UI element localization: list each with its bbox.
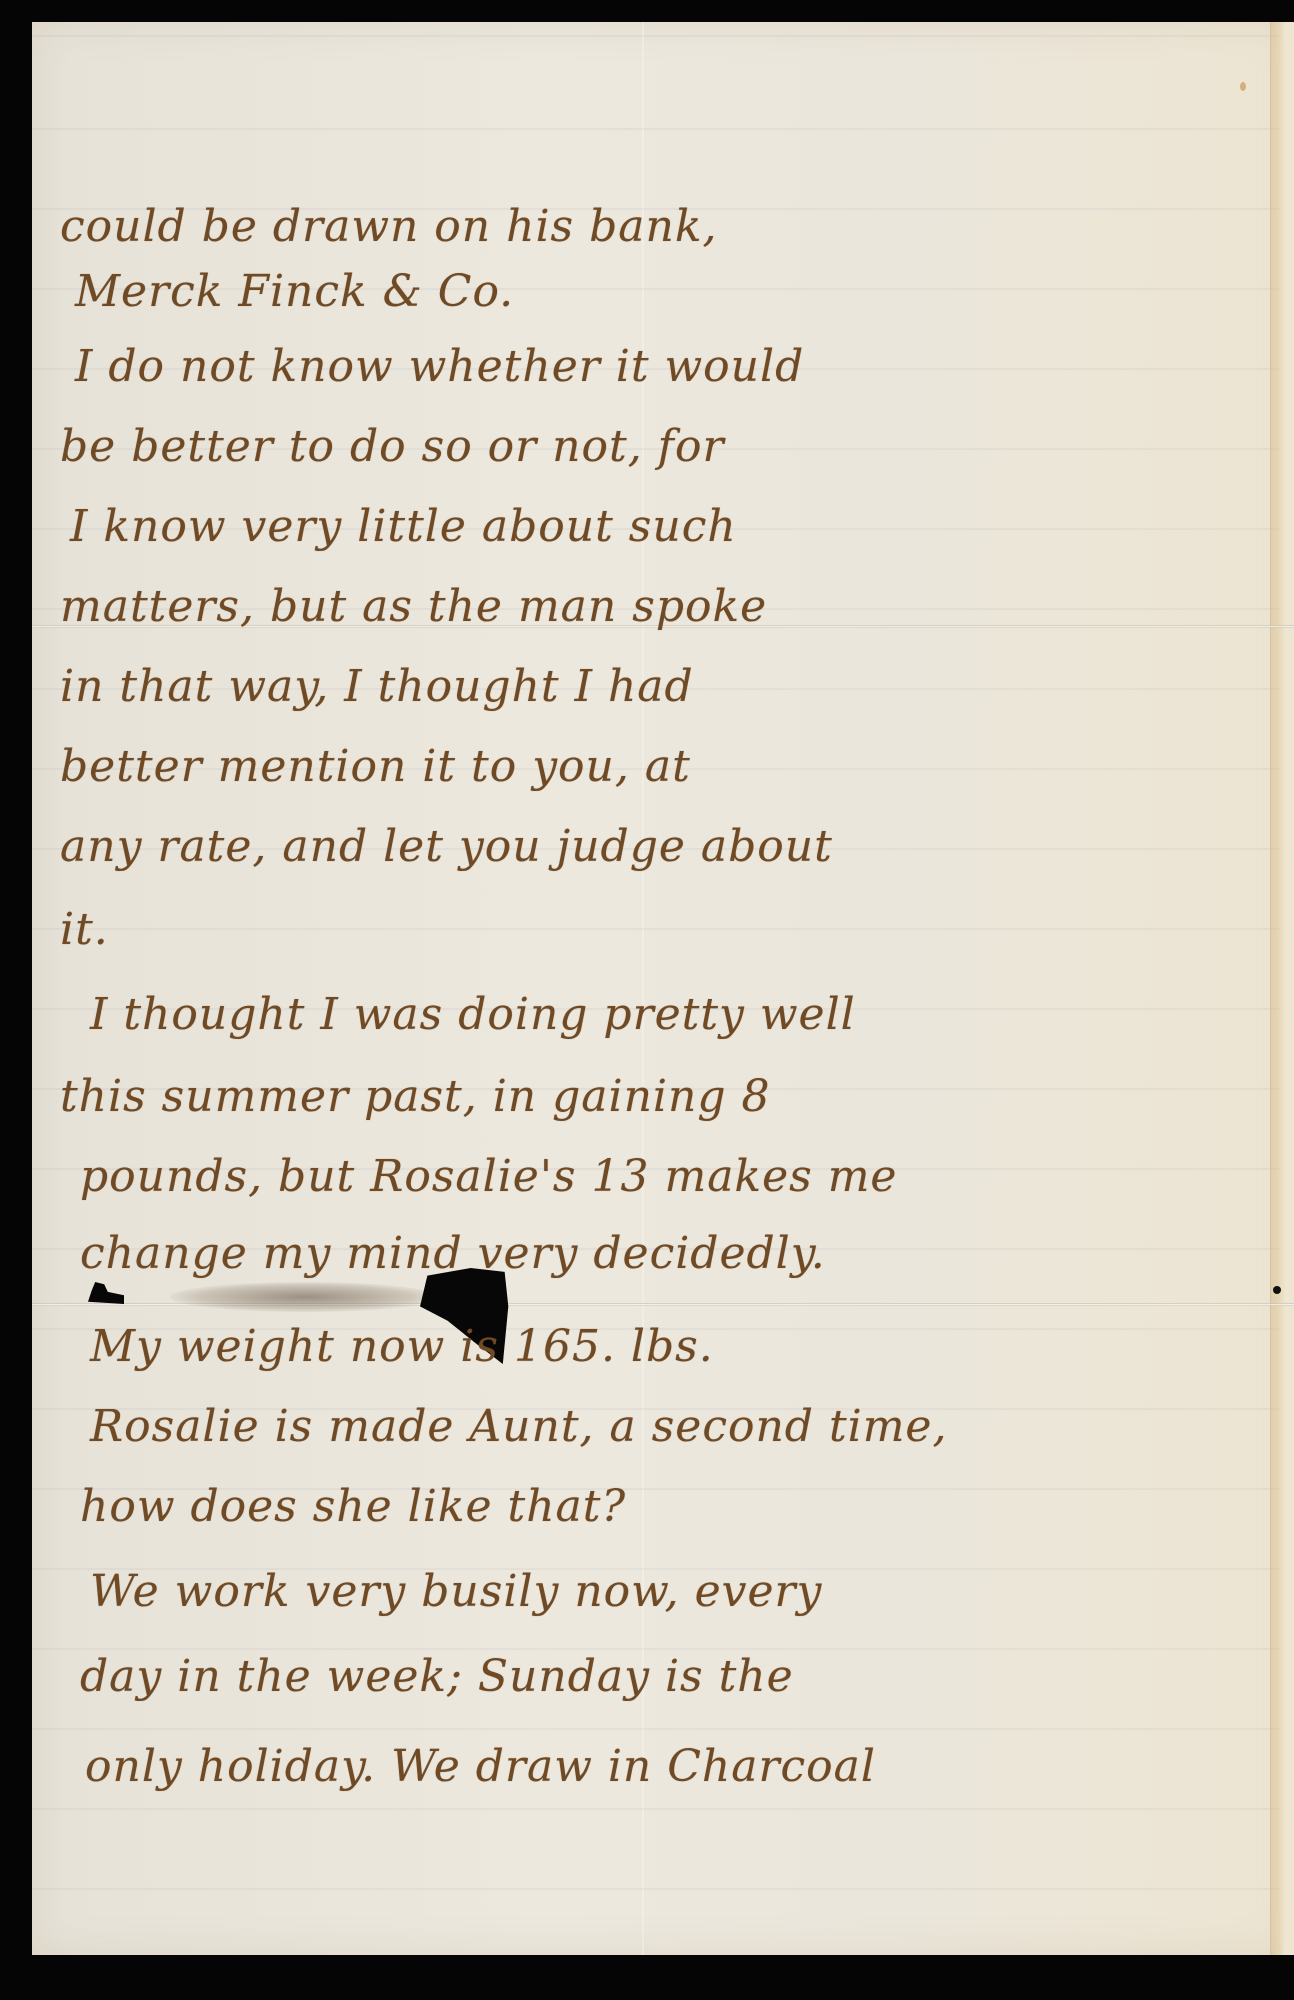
handwritten-line: day in the week; Sunday is the — [80, 1655, 1254, 1699]
handwritten-line: I do not know whether it would — [75, 345, 1254, 389]
pinhole — [1273, 1286, 1281, 1294]
handwritten-line: I thought I was doing pretty well — [90, 993, 1254, 1037]
handwritten-line: how does she like that? — [80, 1485, 1254, 1529]
handwritten-line: could be drawn on his bank, — [60, 205, 1254, 249]
handwritten-line: Merck Finck & Co. — [75, 270, 1254, 314]
handwritten-line: We work very busily now, every — [90, 1570, 1254, 1614]
page-edge — [1270, 22, 1294, 1955]
foxing-spot — [1240, 82, 1246, 91]
handwritten-line: in that way, I thought I had — [60, 665, 1254, 709]
handwritten-line: matters, but as the man spoke — [60, 585, 1254, 629]
water-stain — [170, 1282, 440, 1312]
handwritten-line: any rate, and let you judge about — [60, 825, 1254, 869]
handwritten-line: I know very little about such — [70, 505, 1254, 549]
handwritten-line: be better to do so or not, for — [60, 425, 1254, 469]
handwritten-line: pounds, but Rosalie's 13 makes me — [80, 1155, 1254, 1199]
handwritten-line: better mention it to you, at — [60, 745, 1254, 789]
handwritten-line: this summer past, in gaining 8 — [60, 1075, 1254, 1119]
handwritten-line: My weight now is 165. lbs. — [90, 1325, 1254, 1369]
handwritten-line: only holiday. We draw in Charcoal — [85, 1745, 1254, 1789]
handwritten-line: Rosalie is made Aunt, a second time, — [90, 1405, 1254, 1449]
handwritten-line: it. — [60, 908, 1254, 952]
handwritten-line: change my mind very decidedly. — [80, 1232, 1254, 1276]
